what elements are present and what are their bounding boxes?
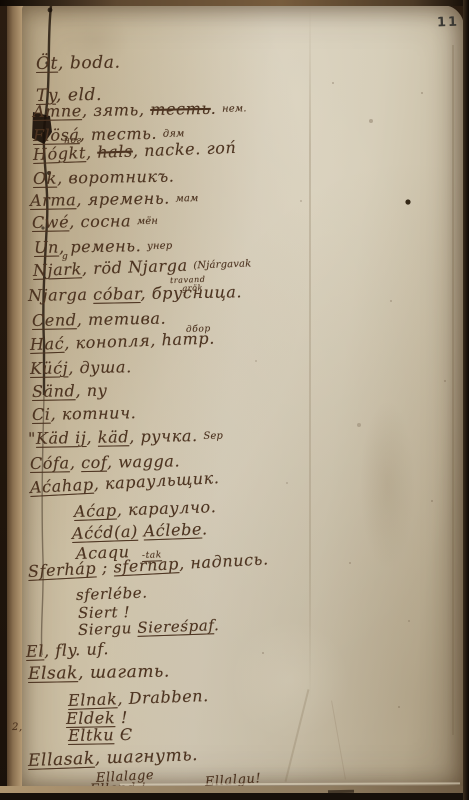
page-number-stamp: 11	[437, 15, 460, 31]
gloss-text: , nacke.	[132, 139, 206, 161]
manuscript-line: Elsak, шагать.	[28, 664, 170, 683]
struck-word: hals	[97, 142, 133, 162]
gloss-text: , шагать.	[78, 662, 170, 684]
gloss-text: .	[211, 99, 223, 118]
gloss-text: Siergu	[78, 619, 138, 639]
manuscript-line: Un, ремень. унер	[34, 238, 173, 256]
manuscript-line: Aććd(a) Aćlebe.	[72, 521, 208, 542]
manuscript-line: Öt, boda.	[36, 55, 121, 73]
gloss-text: , брусница.	[140, 282, 242, 303]
gloss-text: 2,	[12, 722, 23, 733]
margin-mark: 2,	[12, 723, 23, 733]
underlined-headword: Elsak	[28, 663, 78, 684]
manuscript-line: "Käd ij, käd, ручка. Sep	[28, 428, 223, 447]
gloss-text: , ny	[75, 381, 107, 401]
underlined-headword: El	[26, 641, 45, 661]
underlined-headword: Aćap	[74, 501, 117, 521]
gloss-text: .	[202, 519, 208, 538]
gloss-text: , сосна	[69, 211, 137, 231]
manuscript-line: Cwé, сосна мён	[32, 213, 158, 231]
underlined-headword: Hać	[30, 334, 65, 354]
underlined-headword: Njark	[33, 259, 82, 280]
manuscript-photo: 11 Öt, boda.Ty, eld.Amne, зять, тесть. н…	[0, 0, 469, 800]
underlined-headword: Aćlebe	[143, 519, 202, 540]
gloss-text: Є	[114, 725, 133, 744]
underlined-headword: Küćj	[30, 358, 69, 378]
underlined-headword: Käd ij	[36, 428, 87, 448]
underlined-headword: Ok	[33, 169, 57, 188]
gloss-text: sferlébe.	[76, 584, 148, 604]
underlined-headword: cof	[81, 453, 107, 472]
underlined-headword: Hógkt	[33, 143, 87, 164]
underlined-headword: Amne	[33, 101, 82, 121]
gloss-text: дям	[163, 128, 185, 139]
gloss-text: , Drabben.	[117, 686, 209, 708]
underlined-headword: Aćahap	[29, 475, 94, 497]
manuscript-line: Cend, тетива.	[32, 311, 167, 329]
gloss-text: , ремень.	[59, 236, 147, 257]
gloss-text: нем.	[222, 103, 247, 114]
underlined-headword: Cófa	[30, 453, 70, 473]
gloss-text: ,	[86, 428, 98, 447]
underlined-headword: cóbar	[93, 284, 141, 304]
underlined-headword: Eltku	[68, 725, 115, 745]
underlined-headword: Siereśpaf	[137, 616, 214, 637]
underlined-headword: käd	[98, 427, 130, 447]
photo-left-border	[0, 0, 8, 800]
gloss-text: , wagga.	[107, 451, 181, 471]
photo-right-border	[463, 0, 469, 800]
gloss-text: , караулчо.	[116, 497, 216, 519]
underlined-headword: Öt	[36, 54, 58, 74]
manuscript-line: Eltku Є	[68, 727, 133, 744]
underlined-headword: Arma	[30, 190, 77, 210]
gloss-text: мам	[175, 193, 198, 204]
underlined-headword: Cwé	[32, 212, 70, 232]
underlined-headword: Sänd	[32, 381, 76, 401]
gloss-text: , зять,	[82, 100, 151, 120]
manuscript-line: El, fly. uf.	[26, 641, 110, 660]
underlined-headword: Elnak	[68, 689, 118, 710]
underlined-headword: Sferháp	[27, 558, 96, 581]
manuscript-line: Ci, котнич.	[32, 405, 137, 423]
gloss-text: , ручка.	[129, 426, 204, 446]
gloss-text: , воротникъ.	[57, 167, 175, 188]
underlined-headword: Ci	[32, 405, 51, 424]
gloss-text: , котнич.	[50, 403, 136, 423]
manuscript-line: Küćj, душа.	[30, 359, 132, 377]
gloss-text: , шагнуть.	[94, 745, 198, 769]
gloss-text: Njarga	[28, 285, 94, 305]
struck-word: тесть	[150, 99, 211, 119]
gloss-text: гоп́	[206, 138, 236, 158]
gloss-text: (Njárgavak	[193, 258, 251, 271]
underlined-headword: Ellasak	[28, 749, 95, 771]
manuscript-line: Cófa, cof, wagga.	[30, 453, 180, 472]
gloss-text: унер	[147, 241, 172, 252]
underlined-headword: Aććd(a)	[72, 522, 139, 543]
gloss-text: , яремень.	[76, 188, 176, 209]
gloss-text: мён	[137, 216, 158, 227]
gloss-text: .	[214, 616, 220, 634]
manuscript-line: Ok, воротникъ.	[33, 169, 175, 187]
gloss-text: , тетива.	[76, 309, 166, 330]
manuscript-line: Arma, яремень. мам	[30, 190, 199, 209]
underlined-headword: sfernap	[113, 554, 179, 576]
photo-bottom-border	[0, 793, 469, 800]
underlined-headword: Cend	[32, 310, 77, 330]
photo-top-border	[0, 0, 469, 6]
underlined-headword: Un	[34, 238, 59, 257]
gloss-text: ,	[70, 453, 82, 472]
manuscript-line: Njarga cóbar, брусница.	[28, 284, 242, 304]
gloss-text: , душа.	[68, 357, 132, 377]
gloss-text: Sep	[203, 431, 223, 442]
gloss-text: , boda.	[58, 53, 121, 74]
gloss-text: , fly. uf.	[44, 639, 110, 660]
gloss-text: ;	[96, 558, 114, 578]
manuscript-line: Amne, зять, тесть. нем.	[33, 100, 247, 120]
manuscript-line: Sänd, ny	[32, 383, 108, 400]
manuscript-line: sferlébe.	[76, 586, 148, 603]
